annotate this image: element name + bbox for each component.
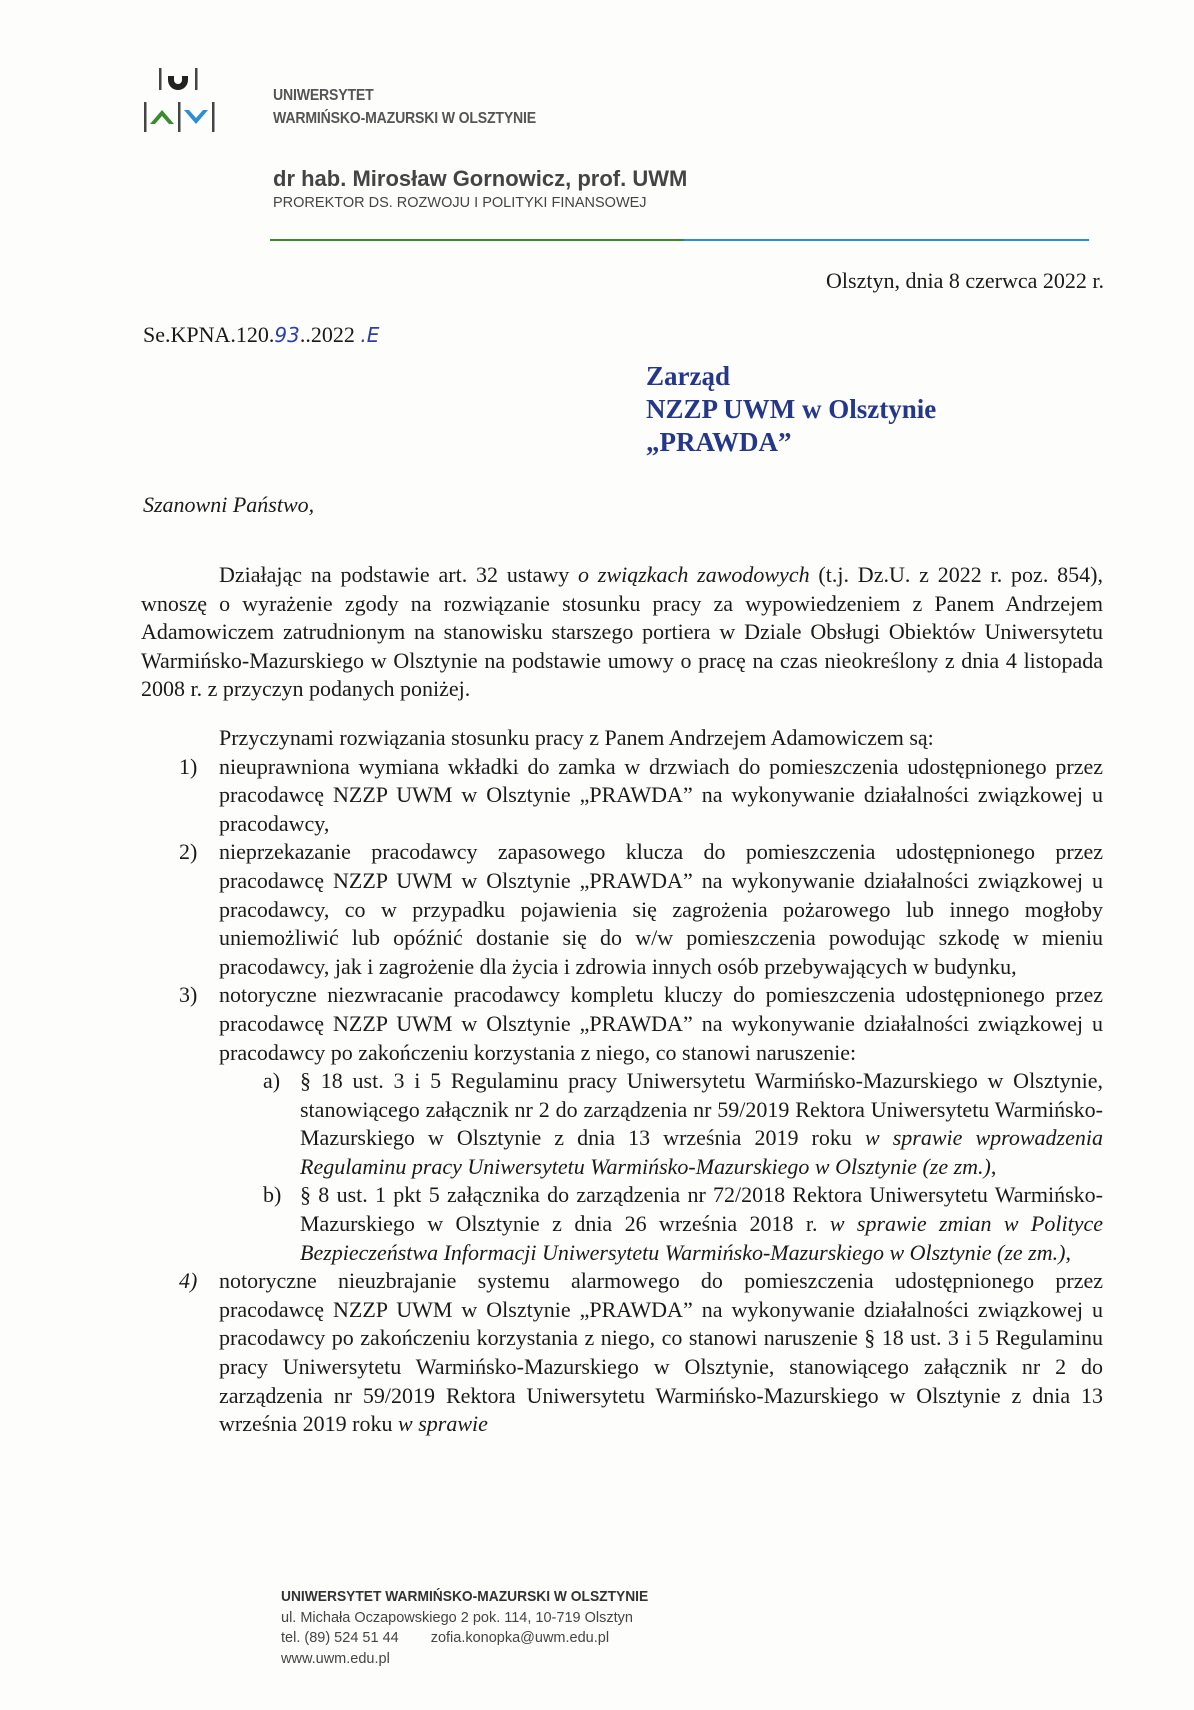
reference-suffix: ..2022 [300,322,355,347]
footer-phone: tel. (89) 524 51 44 [281,1630,399,1646]
header-rule-green [270,239,684,241]
salutation: Szanowni Państwo, [143,492,314,518]
paragraph-request: Działając na podstawie art. 32 ustawy o … [141,561,1103,704]
act-title: o związkach zawodowych [578,562,810,587]
signer-name: dr hab. Mirosław Gornowicz, prof. UWM [273,166,687,192]
list-item: b)§ 8 ust. 1 pkt 5 załącznika do zarządz… [219,1181,1103,1267]
list-text: notoryczne nieuzbrajanie systemu alarmow… [219,1268,1103,1436]
header-rule-blue [684,239,1089,241]
paragraph-text: Działając na podstawie art. 32 ustawy [219,562,578,587]
recipient-line3: „PRAWDA” [646,426,936,459]
footer-contact: tel. (89) 524 51 44zofia.konopka@uwm.edu… [281,1628,680,1649]
list-number: b) [263,1181,281,1210]
handwritten-suffix: .E [360,323,379,347]
signer-title: PROREKTOR DS. ROZWOJU I POLITYKI FINANSO… [273,195,647,211]
list-number: 3) [179,981,197,1010]
reference-number: Se.KPNA.120.93..2022 .E [143,322,379,348]
handwritten-number: 93 [274,323,299,347]
subreasons-list: a)§ 18 ust. 3 i 5 Regulaminu pracy Uniwe… [219,1067,1103,1267]
recipient-line2: NZZP UWM w Olsztynie [646,393,936,426]
list-item: 3)notoryczne niezwracanie pracodawcy kom… [141,981,1103,1267]
university-name-line2: WARMIŃSKO-MAZURSKI W OLSZTYNIE [273,107,536,130]
footer: UNIWERSYTET WARMIŃSKO-MAZURSKI W OLSZTYN… [281,1587,680,1669]
footer-title: UNIWERSYTET WARMIŃSKO-MAZURSKI W OLSZTYN… [281,1587,648,1608]
university-name: UNIWERSYTET WARMIŃSKO-MAZURSKI W OLSZTYN… [273,84,536,130]
list-text: , [1065,1240,1071,1265]
list-text: nieprzekazanie pracodawcy zapasowego klu… [219,839,1103,978]
list-number: a) [263,1067,280,1096]
list-item: 4)notoryczne nieuzbrajanie systemu alarm… [141,1267,1103,1439]
university-logo-icon [140,66,240,146]
university-name-line1: UNIWERSYTET [273,84,536,107]
footer-email-link[interactable]: zofia.konopka@uwm.edu.pl [431,1630,609,1646]
list-item: a)§ 18 ust. 3 i 5 Regulaminu pracy Uniwe… [219,1067,1103,1181]
list-item: 2)nieprzekazanie pracodawcy zapasowego k… [141,838,1103,981]
recipient-line1: Zarząd [646,360,936,393]
list-number: 1) [179,753,197,782]
footer-address: ul. Michała Oczapowskiego 2 pok. 114, 10… [281,1608,680,1629]
footer-website-link[interactable]: www.uwm.edu.pl [281,1649,680,1670]
reference-prefix: Se.KPNA.120. [143,322,274,347]
list-number: 2) [179,838,197,867]
list-text: , [991,1154,997,1179]
regulation-title: w sprawie [398,1411,488,1436]
letter-body: Działając na podstawie art. 32 ustawy o … [141,561,1103,1439]
list-text: notoryczne niezwracanie pracodawcy kompl… [219,982,1103,1064]
date-line: Olsztyn, dnia 8 czerwca 2022 r. [826,268,1104,294]
list-text: nieuprawniona wymiana wkładki do zamka w… [219,754,1103,836]
reasons-intro: Przyczynami rozwiązania stosunku pracy z… [141,724,1103,753]
list-item: 1)nieuprawniona wymiana wkładki do zamka… [141,753,1103,839]
list-number: 4) [179,1267,197,1296]
recipient-block: Zarząd NZZP UWM w Olsztynie „PRAWDA” [646,360,936,459]
reasons-list: 1)nieuprawniona wymiana wkładki do zamka… [141,753,1103,1439]
